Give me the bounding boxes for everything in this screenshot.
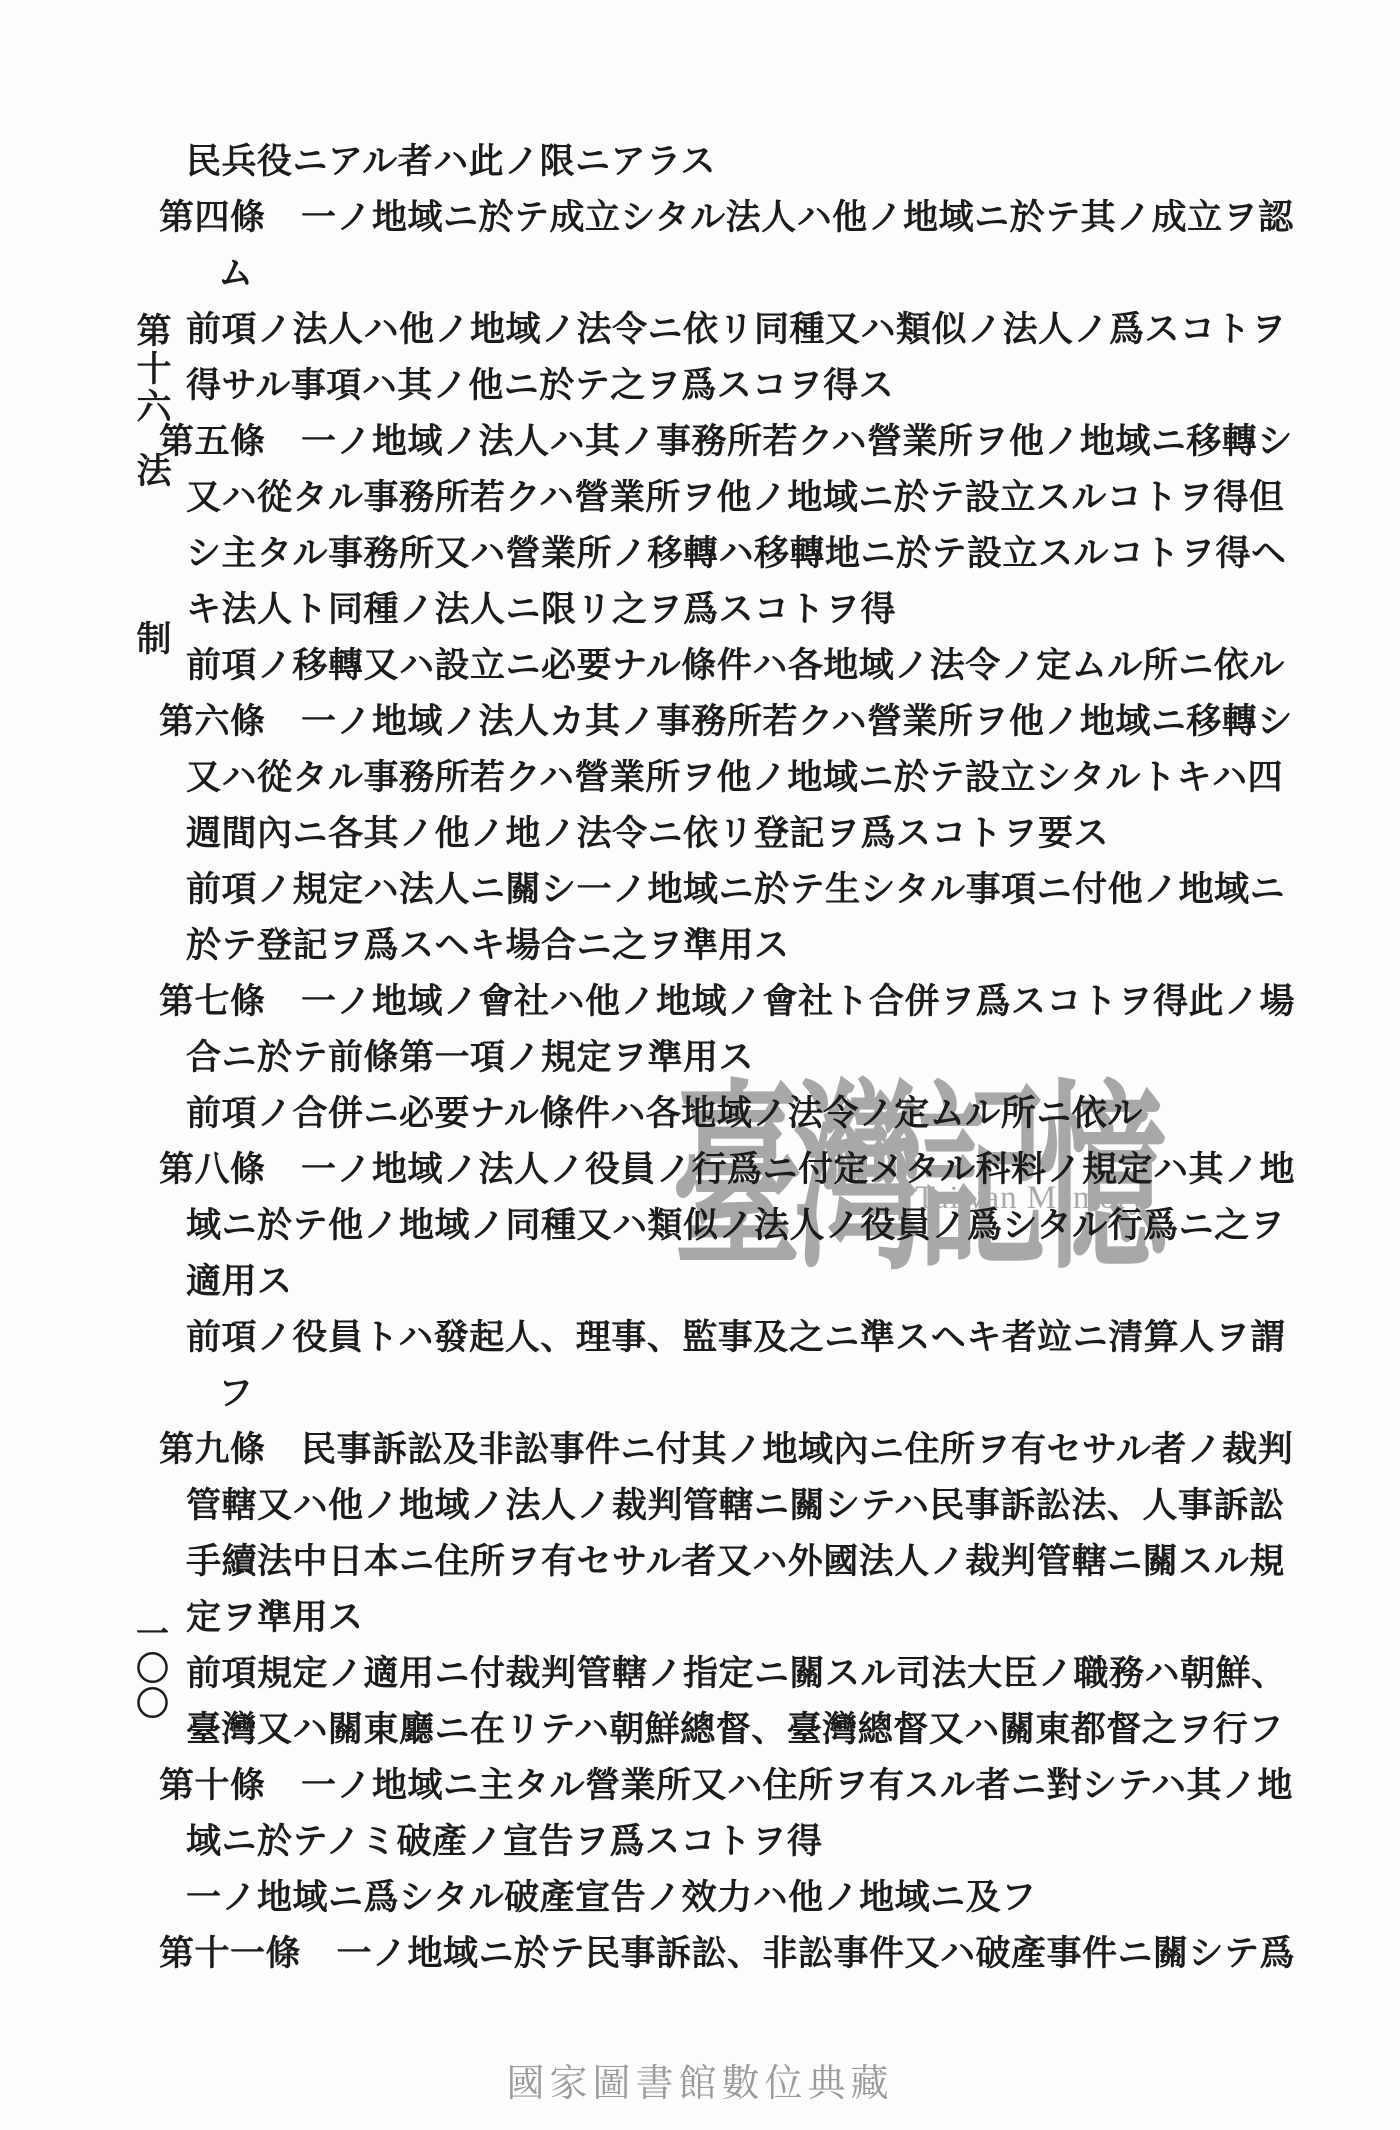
text-line: 前項ノ規定ハ法人ニ關シ一ノ地域ニ於テ生シタル事項ニ付他ノ地域ニ — [159, 865, 1329, 921]
text-line: 得サル事項ハ其ノ他ニ於テ之ヲ爲スコヲ得ス — [159, 361, 1329, 417]
text-line: 前項ノ合併ニ必要ナル條件ハ各地域ノ法令ノ定ムル所ニ依ル — [159, 1089, 1329, 1145]
text-line: 第八條 一ノ地域ノ法人ノ役員ノ行爲ニ付定メタル科料ノ規定ハ其ノ地 — [159, 1145, 1329, 1201]
text-line: 第九條 民事訴訟及非訟事件ニ付其ノ地域內ニ住所ヲ有セサル者ノ裁判 — [159, 1425, 1329, 1481]
text-line: 前項ノ役員トハ發起人、理事、監事及之ニ準スヘキ者竝ニ清算人ヲ謂 — [159, 1313, 1329, 1369]
scanned-document-page: 臺灣記憶 Taiwan Memory 第十六 法 制 一〇〇 民兵役ニアル者ハ此… — [0, 0, 1400, 2130]
text-line: 前項ノ法人ハ他ノ地域ノ法令ニ依リ同種又ハ類似ノ法人ノ爲スコトヲ — [159, 305, 1329, 361]
text-line: キ法人ト同種ノ法人ニ限リ之ヲ爲スコトヲ得 — [159, 585, 1329, 641]
footer-archive-credit: 國家圖書館數位典藏 — [0, 2052, 1400, 2107]
text-line: 一ノ地域ニ爲シタル破產宣告ノ效力ハ他ノ地域ニ及フ — [159, 1873, 1329, 1929]
text-line: 又ハ從タル事務所若クハ營業所ヲ他ノ地域ニ於テ設立スルコトヲ得但 — [159, 473, 1329, 529]
text-line: 前項ノ移轉又ハ設立ニ必要ナル條件ハ各地域ノ法令ノ定ムル所ニ依ル — [159, 641, 1329, 697]
text-line: 合ニ於テ前條第一項ノ規定ヲ準用ス — [159, 1033, 1329, 1089]
text-line: 域ニ於テ他ノ地域ノ同種又ハ類似ノ法人ノ役員ノ爲シタル行爲ニ之ヲ — [159, 1201, 1329, 1257]
text-line: 前項規定ノ適用ニ付裁判管轄ノ指定ニ關スル司法大臣ノ職務ハ朝鮮、 — [159, 1649, 1329, 1705]
text-line: 第四條 一ノ地域ニ於テ成立シタル法人ハ他ノ地域ニ於テ其ノ成立ヲ認 — [159, 193, 1329, 249]
text-line: ム — [159, 249, 1329, 305]
text-line: 臺灣又ハ關東廳ニ在リテハ朝鮮總督、臺灣總督又ハ關東都督之ヲ行フ — [159, 1705, 1329, 1761]
text-line: 域ニ於テノミ破產ノ宣告ヲ爲スコトヲ得 — [159, 1817, 1329, 1873]
text-line: フ — [159, 1369, 1329, 1425]
text-line: 第十條 一ノ地域ニ主タル營業所又ハ住所ヲ有スル者ニ對シテハ其ノ地 — [159, 1761, 1329, 1817]
text-line: 第六條 一ノ地域ノ法人カ其ノ事務所若クハ營業所ヲ他ノ地域ニ移轉シ — [159, 697, 1329, 753]
text-line: 第十一條 一ノ地域ニ於テ民事訴訟、非訟事件又ハ破產事件ニ關シテ爲 — [159, 1929, 1329, 1985]
text-line: 適用ス — [159, 1257, 1329, 1313]
text-line: 週間內ニ各其ノ他ノ地ノ法令ニ依リ登記ヲ爲スコトヲ要ス — [159, 809, 1329, 865]
text-line: 管轄又ハ他ノ地域ノ法人ノ裁判管轄ニ關シテハ民事訴訟法、人事訴訟 — [159, 1481, 1329, 1537]
text-line: 民兵役ニアル者ハ此ノ限ニアラス — [159, 137, 1329, 193]
text-line: シ主タル事務所又ハ營業所ノ移轉ハ移轉地ニ於テ設立スルコトヲ得ヘ — [159, 529, 1329, 585]
text-line: 於テ登記ヲ爲スヘキ場合ニ之ヲ準用ス — [159, 921, 1329, 977]
text-line: 手續法中日本ニ住所ヲ有セサル者又ハ外國法人ノ裁判管轄ニ關スル規 — [159, 1537, 1329, 1593]
text-line: 第七條 一ノ地域ノ會社ハ他ノ地域ノ會社ト合併ヲ爲スコトヲ得此ノ場 — [159, 977, 1329, 1033]
text-line: 定ヲ準用ス — [159, 1593, 1329, 1649]
text-line: 第五條 一ノ地域ノ法人ハ其ノ事務所若クハ營業所ヲ他ノ地域ニ移轉シ — [159, 417, 1329, 473]
text-line: 又ハ從タル事務所若クハ營業所ヲ他ノ地域ニ於テ設立シタルトキハ四 — [159, 753, 1329, 809]
law-text-block: 民兵役ニアル者ハ此ノ限ニアラス第四條 一ノ地域ニ於テ成立シタル法人ハ他ノ地域ニ於… — [159, 137, 1329, 1985]
